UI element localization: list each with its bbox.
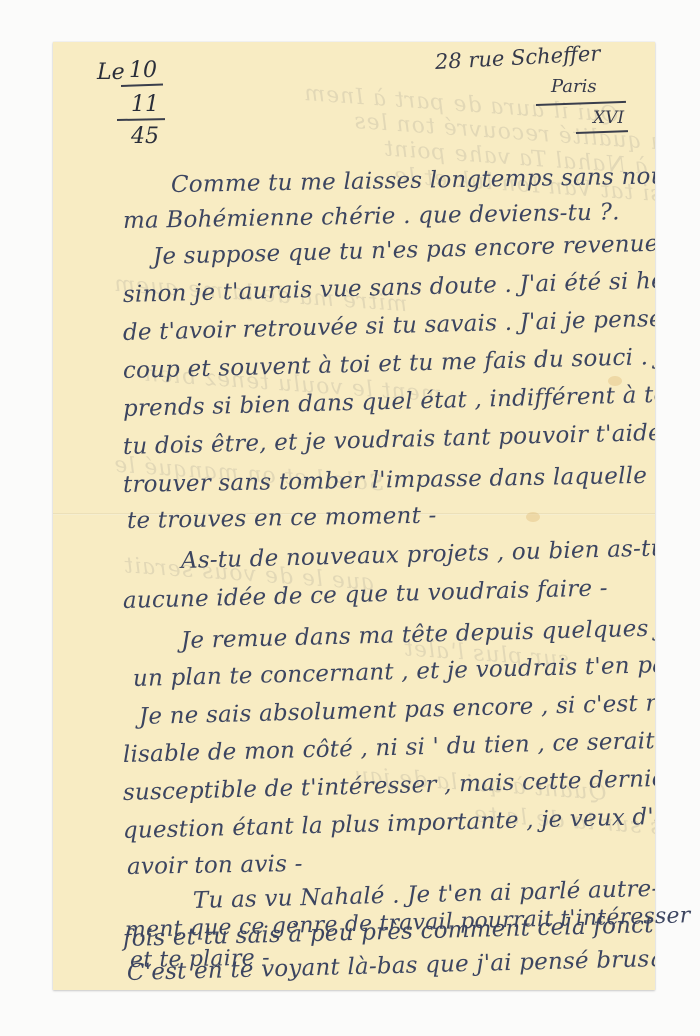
date-rule-1	[121, 84, 163, 87]
paper-stain	[526, 512, 540, 522]
letter-line: Je ne sais absolument pas encore , si c'…	[139, 689, 655, 730]
letter-line: coup et souvent à toi et tu me fais du s…	[123, 342, 655, 384]
address-street: 28 rue Scheffer	[434, 42, 601, 74]
date-prefix: Le	[97, 60, 125, 85]
date-year: 45	[131, 124, 159, 149]
address-city: Paris	[551, 76, 597, 97]
date-rule-2	[117, 118, 165, 120]
letter-line: Je suppose que tu n'es pas encore revenu…	[153, 228, 655, 270]
letter-line: question étant la plus importante , je v…	[123, 802, 655, 844]
date-prefix-text: Le	[97, 60, 125, 85]
address-arrondissement: XVI	[593, 108, 624, 128]
date-day: 10	[129, 58, 157, 83]
letter-line: un plan te concernant , et je voudrais t…	[133, 650, 655, 692]
letter-page: Qui il aura de part à Inem la qualité re…	[53, 42, 655, 990]
letter-line: avoir ton avis -	[127, 851, 303, 880]
letter-line: lisable de mon côté , ni si ' du tien , …	[123, 728, 655, 768]
letter-line: As-tu de nouveaux projets , ou bien as-t…	[181, 533, 655, 574]
letter-line: tu dois être, et je voudrais tant pouvoi…	[123, 419, 655, 460]
letter-line: ma Bohémienne chérie . que deviens-tu ?.	[123, 199, 620, 234]
date-month: 11	[131, 92, 159, 117]
letter-line: et te plaire -	[130, 946, 270, 973]
letter-line: te trouves en ce moment -	[127, 503, 437, 534]
